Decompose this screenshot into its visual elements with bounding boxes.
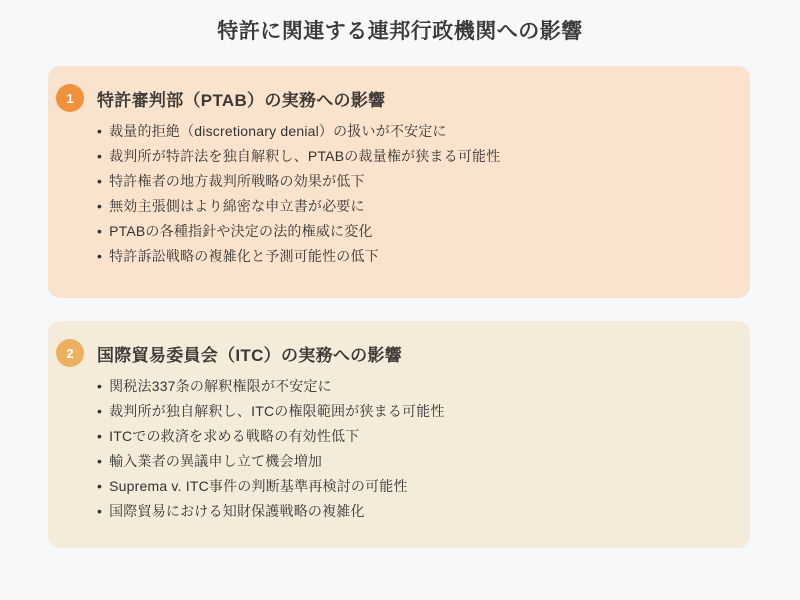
bullet-item: Suprema v. ITC事件の判断基準再検討の可能性 bbox=[97, 474, 726, 499]
bullet-item: 国際貿易における知財保護戦略の複雑化 bbox=[97, 499, 726, 524]
page-title: 特許に関連する連邦行政機関への影響 bbox=[0, 0, 800, 44]
section-header: 1 特許審判部（PTAB）の実務への影響 bbox=[56, 84, 750, 112]
bullet-item: 関税法337条の解釈権限が不安定に bbox=[97, 374, 726, 399]
section-header: 2 国際貿易委員会（ITC）の実務への影響 bbox=[56, 339, 750, 367]
bullet-item: ITCでの救済を求める戦略の有効性低下 bbox=[97, 424, 726, 449]
bullet-item: 特許権者の地方裁判所戦略の効果が低下 bbox=[97, 169, 726, 194]
section-heading: 国際貿易委員会（ITC）の実務への影響 bbox=[97, 341, 402, 366]
bullet-item: 裁判所が特許法を独自解釈し、PTABの裁量権が狭まる可能性 bbox=[97, 144, 726, 169]
section-number-badge: 1 bbox=[56, 84, 84, 112]
bullet-item: PTABの各種指針や決定の法的権威に変化 bbox=[97, 219, 726, 244]
section-number-badge: 2 bbox=[56, 339, 84, 367]
bullet-item: 無効主張側はより綿密な申立書が必要に bbox=[97, 194, 726, 219]
section-heading: 特許審判部（PTAB）の実務への影響 bbox=[97, 86, 385, 111]
bullet-item: 輸入業者の異議申し立て機会増加 bbox=[97, 449, 726, 474]
bullet-item: 裁量的拒絶（discretionary denial）の扱いが不安定に bbox=[97, 119, 726, 144]
bullet-list: 関税法337条の解釈権限が不安定に 裁判所が独自解釈し、ITCの権限範囲が狭まる… bbox=[97, 374, 726, 524]
bullet-item: 特許訴訟戦略の複雑化と予測可能性の低下 bbox=[97, 244, 726, 269]
section-card-ptab: 1 特許審判部（PTAB）の実務への影響 裁量的拒絶（discretionary… bbox=[48, 66, 750, 298]
bullet-item: 裁判所が独自解釈し、ITCの権限範囲が狭まる可能性 bbox=[97, 399, 726, 424]
section-card-itc: 2 国際貿易委員会（ITC）の実務への影響 関税法337条の解釈権限が不安定に … bbox=[48, 321, 750, 548]
bullet-list: 裁量的拒絶（discretionary denial）の扱いが不安定に 裁判所が… bbox=[97, 119, 726, 269]
